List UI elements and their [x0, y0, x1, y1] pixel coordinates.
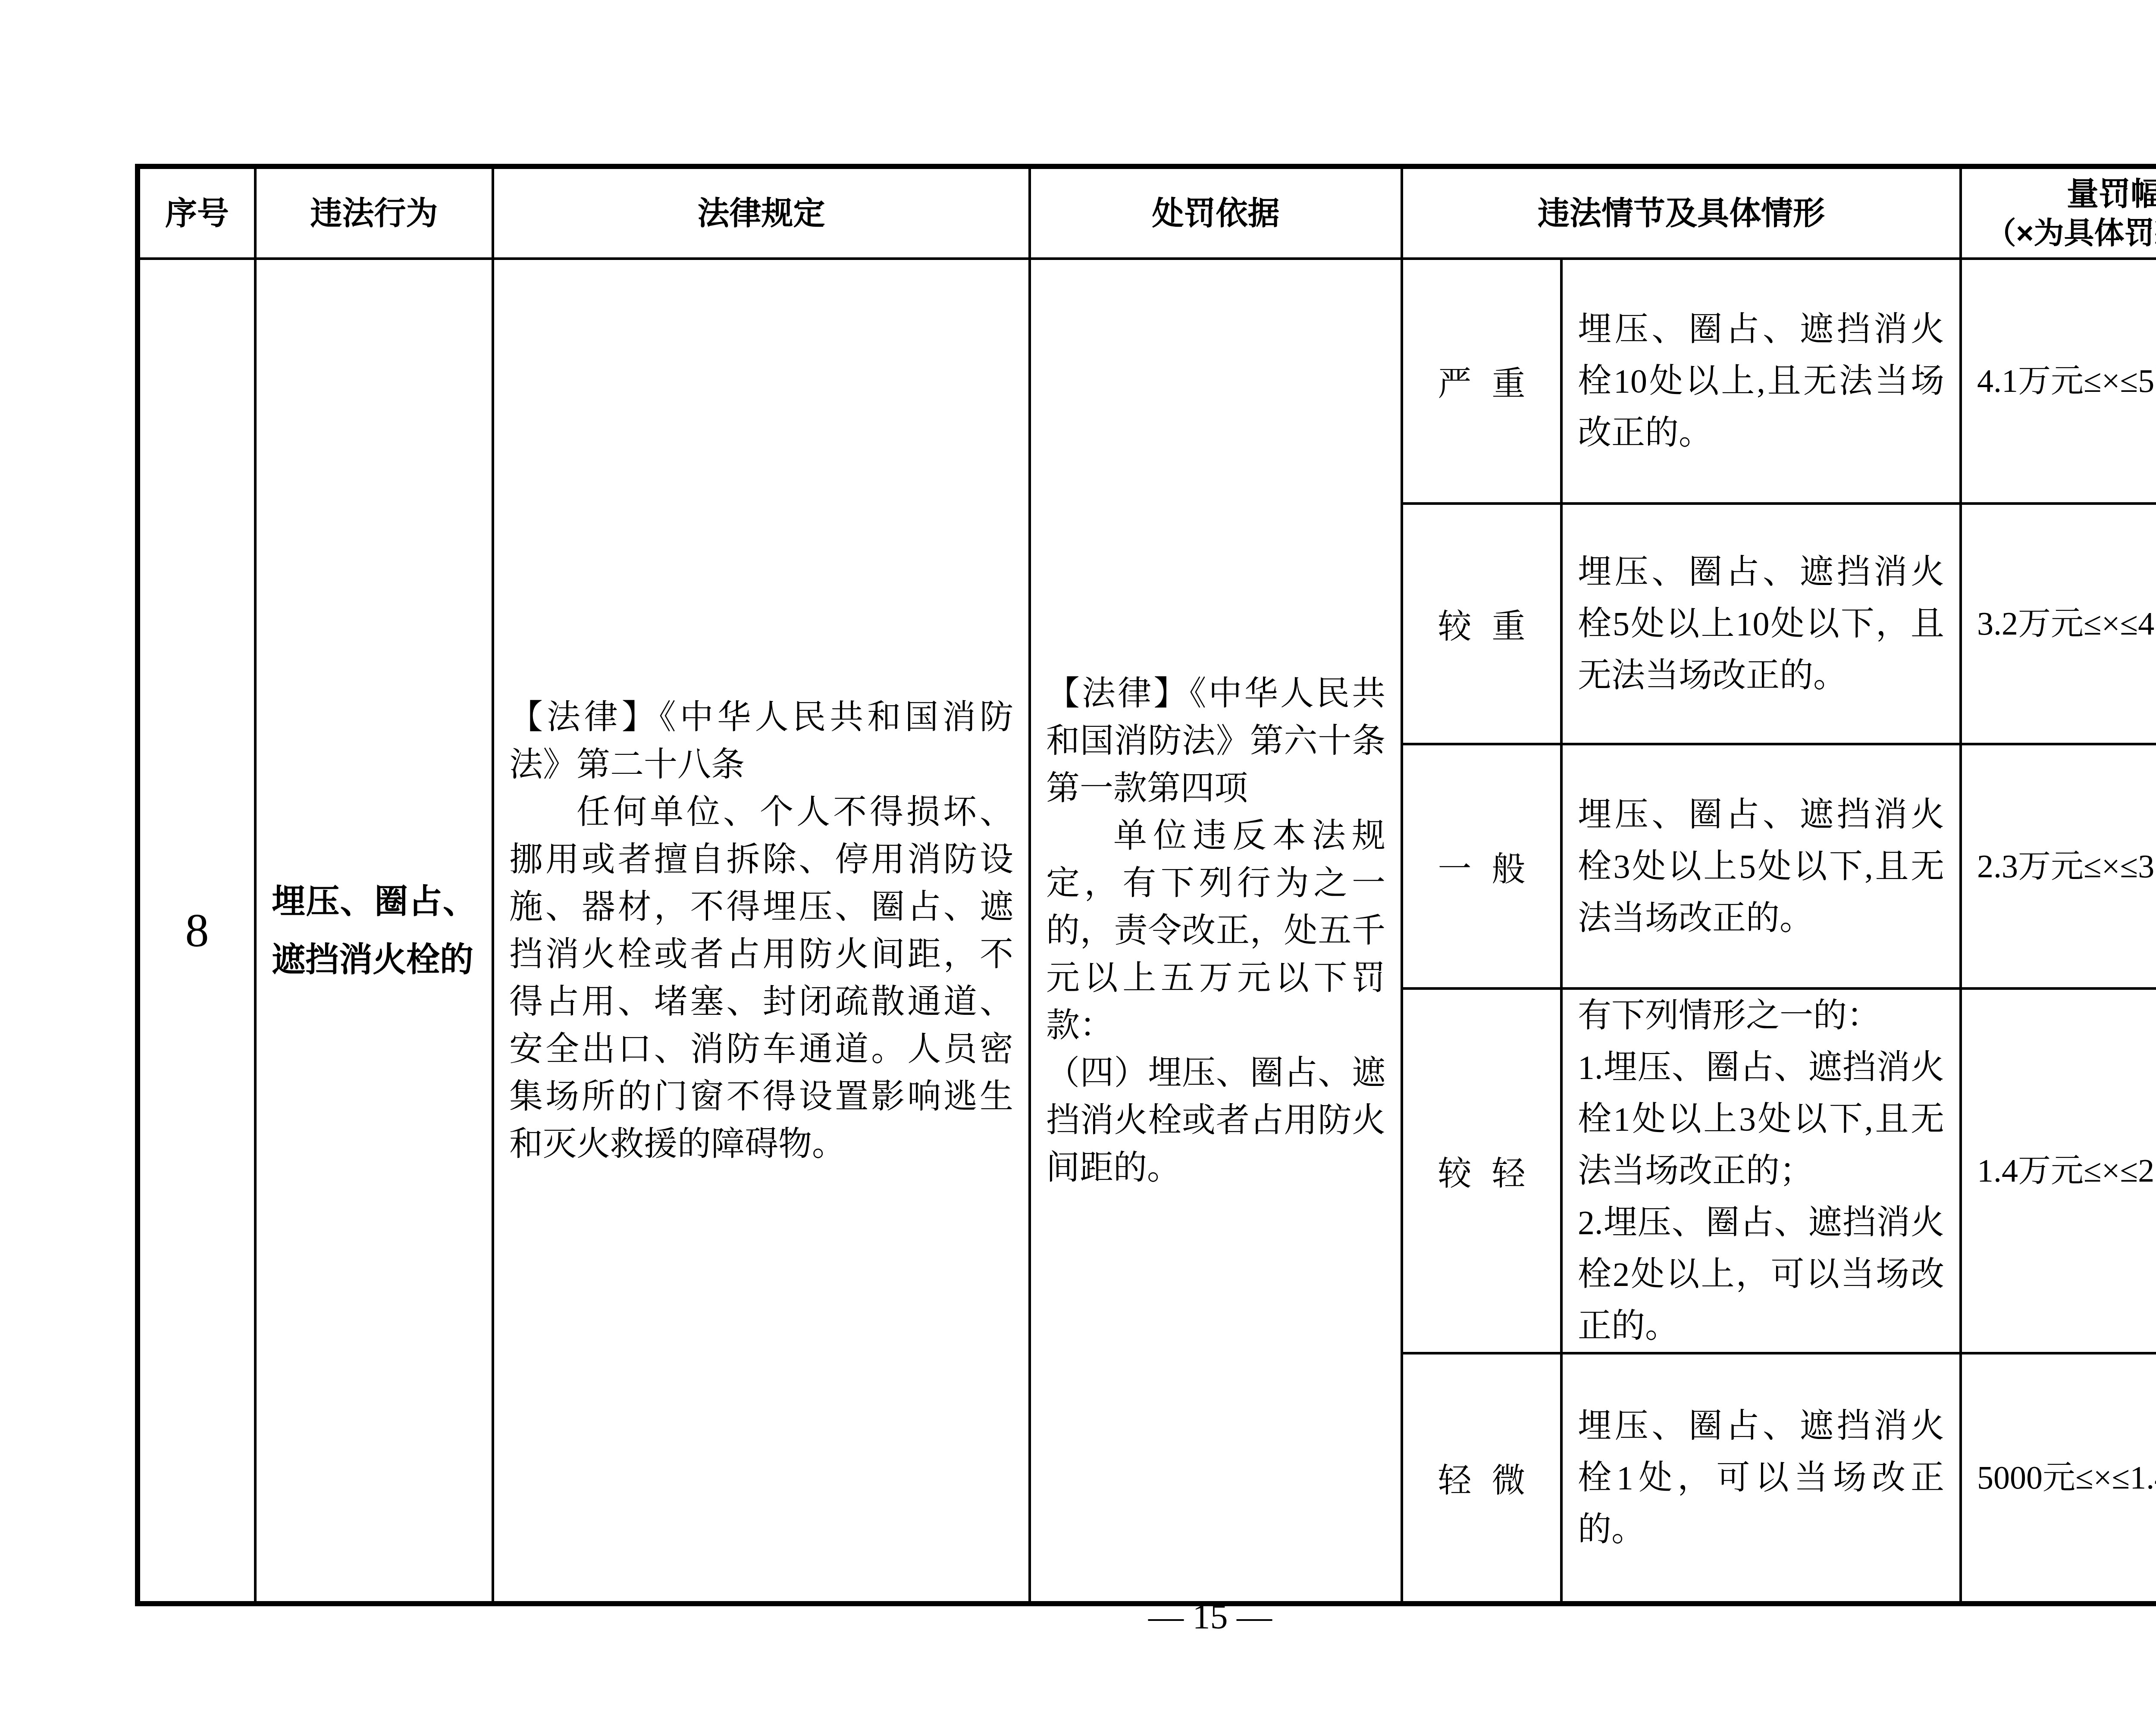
- legal-provision-paragraph: 【法律】《中华人民共和国消防法》第二十八条: [509, 694, 1013, 788]
- serial-number-cell: 8: [138, 259, 255, 1604]
- severity-level-cell: 严重: [1402, 259, 1561, 504]
- penalty-basis-paragraph: 单位违反本法规定，有下列行为之一的，责令改正，处五千元以上五万元以下罚款：: [1046, 812, 1385, 1049]
- situation-text: 1.埋压、圈占、遮挡消火栓1处以上3处以下,且无法当场改正的；: [1578, 1042, 1944, 1197]
- fine-range-text: 1.4万元≤×≤2.3万元: [1977, 1145, 2156, 1197]
- illegal-behavior-text: 埋压、圈占、遮挡消火栓的: [272, 873, 476, 989]
- severity-level-label: 严重: [1438, 365, 1546, 403]
- situation-cell: 埋压、圈占、遮挡消火栓5处以上10处以下，且无法当场改正的。: [1561, 504, 1961, 744]
- situation-cell: 有下列情形之一的： 1.埋压、圈占、遮挡消火栓1处以上3处以下,且无法当场改正的…: [1561, 988, 1961, 1353]
- penalty-discretion-table: 序号 违法行为 法律规定 处罚依据 违法情节及具体情形 量罚幅度 （×为具体罚款…: [135, 164, 2156, 1606]
- situation-text: 埋压、圈占、遮挡消火栓5处以上10处以下，且无法当场改正的。: [1578, 546, 1944, 701]
- severity-level-label: 较重: [1438, 608, 1546, 645]
- header-range-title: 量罚幅度: [1962, 174, 2156, 214]
- table-row: 8 埋压、圈占、遮挡消火栓的 【法律】《中华人民共和国消防法》第二十八条 任何单…: [138, 259, 2156, 504]
- penalty-basis-paragraph: 【法律】《中华人民共和国消防法》第六十条第一款第四项: [1046, 670, 1385, 812]
- severity-level-label: 一般: [1438, 851, 1546, 888]
- page-number: — 15 —: [0, 1591, 2156, 1642]
- situation-text: 有下列情形之一的：: [1578, 990, 1944, 1042]
- header-range-subtitle: （×为具体罚款金额）: [1962, 214, 2156, 253]
- header-behavior: 违法行为: [255, 166, 493, 259]
- fine-range-text: 5000元≤×≤1.4万元: [1977, 1452, 2156, 1504]
- illegal-behavior-cell: 埋压、圈占、遮挡消火栓的: [255, 259, 493, 1604]
- legal-provision-cell: 【法律】《中华人民共和国消防法》第二十八条 任何单位、个人不得损坏、挪用或者擅自…: [493, 259, 1030, 1604]
- fine-range-text: 4.1万元≤×≤5万元: [1977, 355, 2156, 407]
- severity-level-cell: 较重: [1402, 504, 1561, 744]
- header-serial: 序号: [138, 166, 255, 259]
- penalty-basis-cell: 【法律】《中华人民共和国消防法》第六十条第一款第四项 单位违反本法规定，有下列行…: [1030, 259, 1402, 1604]
- header-basis: 处罚依据: [1030, 166, 1402, 259]
- legal-provision-paragraph: 任何单位、个人不得损坏、挪用或者擅自拆除、停用消防设施、器材，不得埋压、圈占、遮…: [509, 788, 1013, 1168]
- situation-text: 埋压、圈占、遮挡消火栓10处以上,且无法当场改正的。: [1578, 303, 1944, 459]
- fine-range-cell: 1.4万元≤×≤2.3万元: [1961, 988, 2156, 1353]
- severity-level-label: 较轻: [1438, 1155, 1546, 1192]
- severity-level-cell: 轻微: [1402, 1353, 1561, 1604]
- fine-range-text: 2.3万元≤×≤3.2万元: [1977, 841, 2156, 892]
- situation-text: 埋压、圈占、遮挡消火栓1处，可以当场改正的。: [1578, 1400, 1944, 1555]
- severity-level-cell: 一般: [1402, 744, 1561, 988]
- situation-text: 2.埋压、圈占、遮挡消火栓2处以上，可以当场改正的。: [1578, 1197, 1944, 1352]
- header-situation: 违法情节及具体情形: [1402, 166, 1961, 259]
- header-legal: 法律规定: [493, 166, 1030, 259]
- situation-text: 埋压、圈占、遮挡消火栓3处以上5处以下,且无法当场改正的。: [1578, 789, 1944, 944]
- penalty-basis-paragraph: （四）埋压、圈占、遮挡消火栓或者占用防火间距的。: [1046, 1049, 1385, 1192]
- situation-cell: 埋压、圈占、遮挡消火栓1处，可以当场改正的。: [1561, 1353, 1961, 1604]
- situation-cell: 埋压、圈占、遮挡消火栓10处以上,且无法当场改正的。: [1561, 259, 1961, 504]
- severity-level-cell: 较轻: [1402, 988, 1561, 1353]
- header-range: 量罚幅度 （×为具体罚款金额）: [1961, 166, 2156, 259]
- severity-level-label: 轻微: [1438, 1462, 1546, 1499]
- fine-range-cell: 2.3万元≤×≤3.2万元: [1961, 744, 2156, 988]
- fine-range-cell: 4.1万元≤×≤5万元: [1961, 259, 2156, 504]
- situation-cell: 埋压、圈占、遮挡消火栓3处以上5处以下,且无法当场改正的。: [1561, 744, 1961, 988]
- fine-range-cell: 5000元≤×≤1.4万元: [1961, 1353, 2156, 1604]
- fine-range-text: 3.2万元≤×≤4.1万元: [1977, 598, 2156, 650]
- fine-range-cell: 3.2万元≤×≤4.1万元: [1961, 504, 2156, 744]
- table-header-row: 序号 违法行为 法律规定 处罚依据 违法情节及具体情形 量罚幅度 （×为具体罚款…: [138, 166, 2156, 259]
